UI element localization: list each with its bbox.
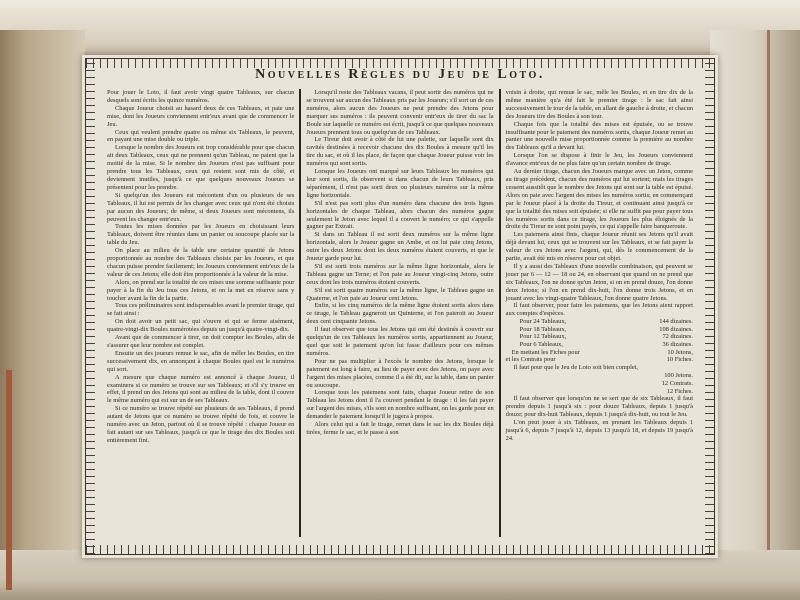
paragraph: Il faut pour que le Jeu de Loto soit bie… — [506, 364, 693, 372]
paragraph: Lorsqu'il reste des Tableaux vacans, il … — [306, 89, 493, 136]
document-title: Nouvelles Règles du Jeu de Loto. — [102, 67, 698, 83]
box-edge-paint — [6, 370, 12, 590]
paragraph: Pour ne pas multiplier à l'excès le nomb… — [306, 358, 493, 390]
paragraph: L'on peut jouer à six Tableaux, en prena… — [506, 419, 693, 443]
paragraph: Si quelqu'un des Joueurs est mécontent d… — [107, 192, 294, 224]
box-rim-left — [0, 30, 85, 600]
paragraph: Lorsque l'on se dispose à finir le Jeu, … — [506, 152, 693, 168]
table-row: Pour 18 Tableaux,108 dizaines. — [506, 326, 693, 334]
complete-item: 12 Fiches. — [506, 388, 693, 396]
paragraph: On place au milieu de la table une certa… — [107, 247, 294, 279]
paragraph: Alors celui qui a fait le tirage, remet … — [306, 421, 493, 437]
table-row: Pour 12 Tableaux,72 dizaines. — [506, 333, 693, 341]
paragraph: Lorsque tous les paiemens sont faits, ch… — [306, 389, 493, 421]
paragraph: Pour jouer le Loto, il faut avoir vingt … — [107, 89, 294, 105]
paragraph: Alors, on prend sur la totalité de ces m… — [107, 279, 294, 303]
paragraph: Tous ces préliminaires sont indispensabl… — [107, 302, 294, 318]
table-row: Pour 24 Tableaux,144 dizaines. — [506, 318, 693, 326]
paragraph: Enfin, si les cinq numéros de la même li… — [306, 302, 493, 326]
paragraph: Il y a aussi des Tableaux d'une nouvelle… — [506, 263, 693, 303]
paragraph: Avant que de commencer à tirer, on doit … — [107, 334, 294, 350]
paragraph: Les paiemens ainsi finis, chaque Joueur … — [506, 231, 693, 263]
paragraph: Toutes les mises données par les Joueurs… — [107, 223, 294, 247]
column-3: voisin à droite, qui remue le sac, mêle … — [499, 89, 698, 537]
paragraph: Ensuite un des joueurs remue le sac, afi… — [107, 350, 294, 374]
paragraph: Il faut observer que lorsqu'on ne se ser… — [506, 395, 693, 419]
complete-item: 100 Jetons. — [506, 372, 693, 380]
counts-table: Pour 24 Tableaux,144 dizaines. Pour 18 T… — [506, 318, 693, 364]
complete-item: 12 Contrats. — [506, 380, 693, 388]
table-row: et les Contrats pour10 Fiches. — [506, 356, 693, 364]
box-rim-top — [0, 0, 800, 60]
column-2: Lorsqu'il reste des Tableaux vacans, il … — [299, 89, 498, 537]
paragraph: Chaque Joueur choisit au hasard deux de … — [107, 105, 294, 129]
paragraph: Lorsque le nombre des Joueurs est trop c… — [107, 144, 294, 191]
paragraph: Si ce numéro se trouve répété sur plusie… — [107, 405, 294, 445]
paragraph: Ceux qui veulent prendre quatre ou même … — [107, 129, 294, 145]
text-columns: Pour jouer le Loto, il faut avoir vingt … — [102, 89, 698, 537]
paragraph: Au dernier tirage, chacun des Joueurs ma… — [506, 168, 693, 231]
box-edge-paint-right — [767, 30, 770, 550]
paragraph: On doit avoir un petit sac, qui s'ouvre … — [107, 318, 294, 334]
paragraph: Il faut observer, pour faire les paiemen… — [506, 302, 693, 318]
paragraph: Il faut observer que tous les Jetons qui… — [306, 326, 493, 358]
table-row: En mettant les Fiches pour10 Jetons, — [506, 349, 693, 357]
paragraph: S'il est sorti trois numéros sur la même… — [306, 263, 493, 287]
paragraph: Chaque fois que la totalité des mises es… — [506, 121, 693, 153]
paragraph: Si dans un Tableau il est sorti deux num… — [306, 231, 493, 263]
column-1: Pour jouer le Loto, il faut avoir vingt … — [102, 89, 299, 537]
paragraph: A mesure que chaque numéro est annoncé à… — [107, 374, 294, 406]
sheet-content: Nouvelles Règles du Jeu de Loto. Pour jo… — [102, 67, 698, 537]
paragraph: voisin à droite, qui remue le sac, mêle … — [506, 89, 693, 121]
box-rim-right — [710, 30, 800, 600]
paragraph: S'il est sorti quatre numéros sur la mêm… — [306, 287, 493, 303]
paragraph: Lorsque les Joueurs ont marqué sur leurs… — [306, 168, 493, 200]
printed-rules-sheet: Nouvelles Règles du Jeu de Loto. Pour jo… — [82, 55, 718, 558]
paragraph: S'il n'est pas sorti plus d'un numéro da… — [306, 200, 493, 232]
table-row: Pour 6 Tableaux,36 dizaines. — [506, 341, 693, 349]
paragraph: Le Tireur doit avoir à côté de lui une p… — [306, 136, 493, 168]
